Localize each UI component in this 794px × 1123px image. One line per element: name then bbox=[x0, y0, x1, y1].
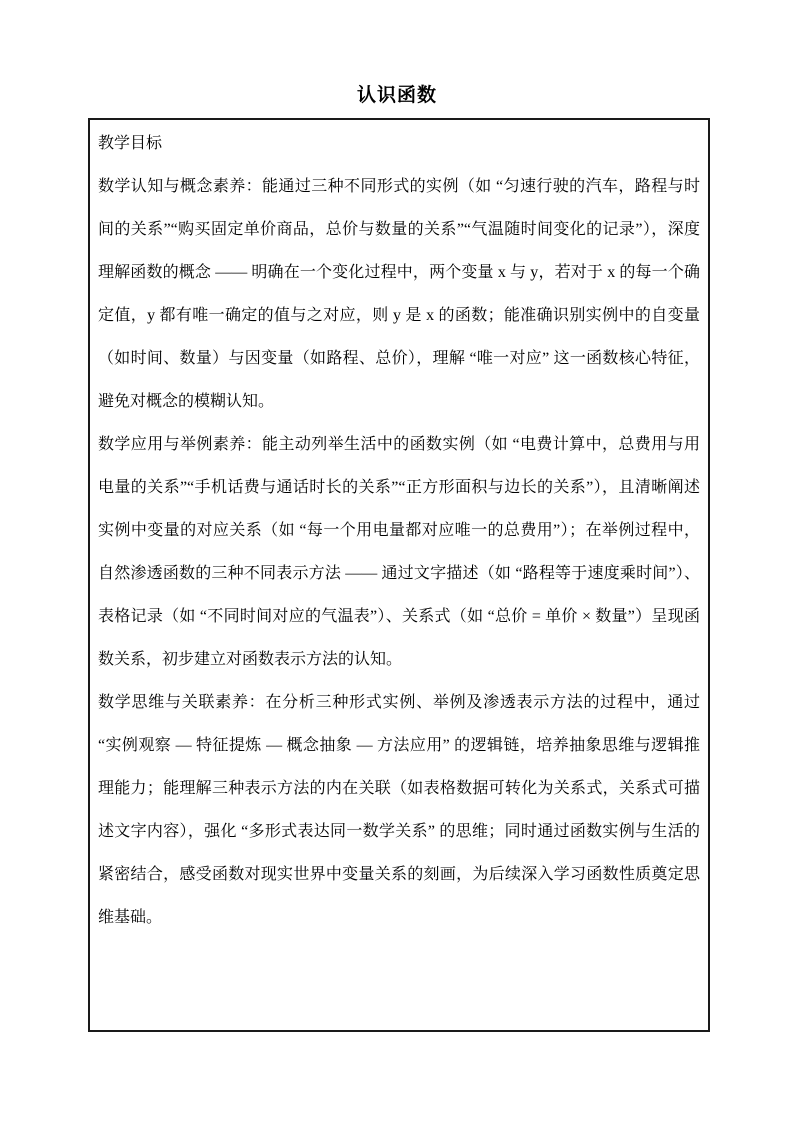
paragraph-cognition-concept: 数学认知与概念素养：能通过三种不同形式的实例（如 “匀速行驶的汽车，路程与时间的… bbox=[98, 165, 700, 423]
teaching-objectives-table: 教学目标 数学认知与概念素养：能通过三种不同形式的实例（如 “匀速行驶的汽车，路… bbox=[88, 118, 710, 1032]
document-title: 认识函数 bbox=[0, 80, 794, 107]
paragraph-application-examples: 数学应用与举例素养：能主动列举生活中的函数实例（如 “电费计算中，总费用与用电量… bbox=[98, 423, 700, 681]
section-heading: 教学目标 bbox=[98, 122, 700, 165]
paragraph-thinking-connection: 数学思维与关联素养：在分析三种形式实例、举例及渗透表示方法的过程中，通过 “实例… bbox=[98, 681, 700, 939]
